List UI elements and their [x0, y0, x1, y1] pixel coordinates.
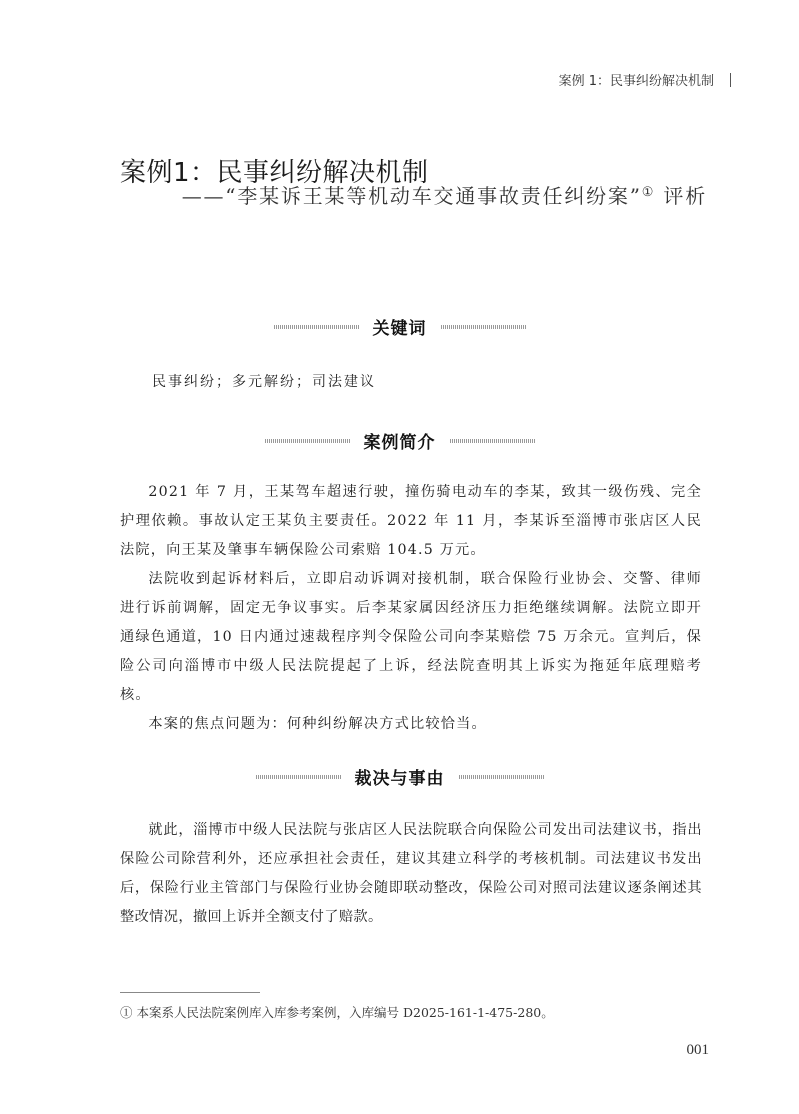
footnote-reference-mark[interactable]: ① [642, 185, 655, 200]
running-head-text: 案例 1：民事纠纷解决机制 [559, 70, 714, 89]
book-page: 案例 1：民事纠纷解决机制 案例1：民事纠纷解决机制 ——“李某诉王某等机动车交… [0, 0, 799, 1114]
chapter-subtitle: ——“李某诉王某等机动车交通事故责任纠纷案”① 评析 [182, 180, 707, 209]
paragraph: 就此，淄博市中级人民法院与张店区人民法院联合向保险公司发出司法建议书，指出保险公… [120, 816, 702, 932]
paragraph: 本案的焦点问题为：何种纠纷解决方式比较恰当。 [120, 710, 702, 739]
dotted-rule-left [256, 775, 341, 779]
section-heading-label: 关键词 [373, 314, 427, 339]
subtitle-text: ——“李某诉王某等机动车交通事故责任纠纷案” [182, 184, 642, 208]
footnote: ① 本案系人民法院案例库入库参考案例，入库编号 D2025-161-1-475-… [120, 1003, 554, 1021]
dotted-rule-left [274, 325, 359, 329]
section-heading-keywords: 关键词 [0, 314, 799, 339]
summary-body: 2021 年 7 月，王某驾车超速行驶，撞伤骑电动车的李某，致其一级伤残、完全护… [120, 478, 702, 739]
footnote-divider [120, 992, 260, 993]
section-heading-summary: 案例简介 [0, 428, 799, 453]
running-head-divider [730, 73, 731, 87]
section-heading-label: 裁决与事由 [355, 764, 445, 789]
footnote-text: 本案系人民法院案例库入库参考案例，入库编号 D2025-161-1-475-28… [133, 1005, 554, 1020]
paragraph: 法院收到起诉材料后，立即启动诉调对接机制，联合保险行业协会、交警、律师进行诉前调… [120, 565, 702, 710]
dotted-rule-right [459, 775, 544, 779]
ruling-body: 就此，淄博市中级人民法院与张店区人民法院联合向保险公司发出司法建议书，指出保险公… [120, 816, 702, 932]
section-heading-label: 案例简介 [364, 428, 436, 453]
dotted-rule-right [450, 439, 535, 443]
running-head: 案例 1：民事纠纷解决机制 [559, 70, 731, 89]
keywords-text: 民事纠纷；多元解纷；司法建议 [152, 371, 376, 391]
paragraph: 2021 年 7 月，王某驾车超速行驶，撞伤骑电动车的李某，致其一级伤残、完全护… [120, 478, 702, 565]
dotted-rule-left [265, 439, 350, 443]
page-number: 001 [687, 1042, 710, 1059]
subtitle-suffix: 评析 [655, 184, 707, 208]
footnote-mark: ① [120, 1005, 133, 1020]
section-heading-ruling: 裁决与事由 [0, 764, 799, 789]
dotted-rule-right [441, 325, 526, 329]
